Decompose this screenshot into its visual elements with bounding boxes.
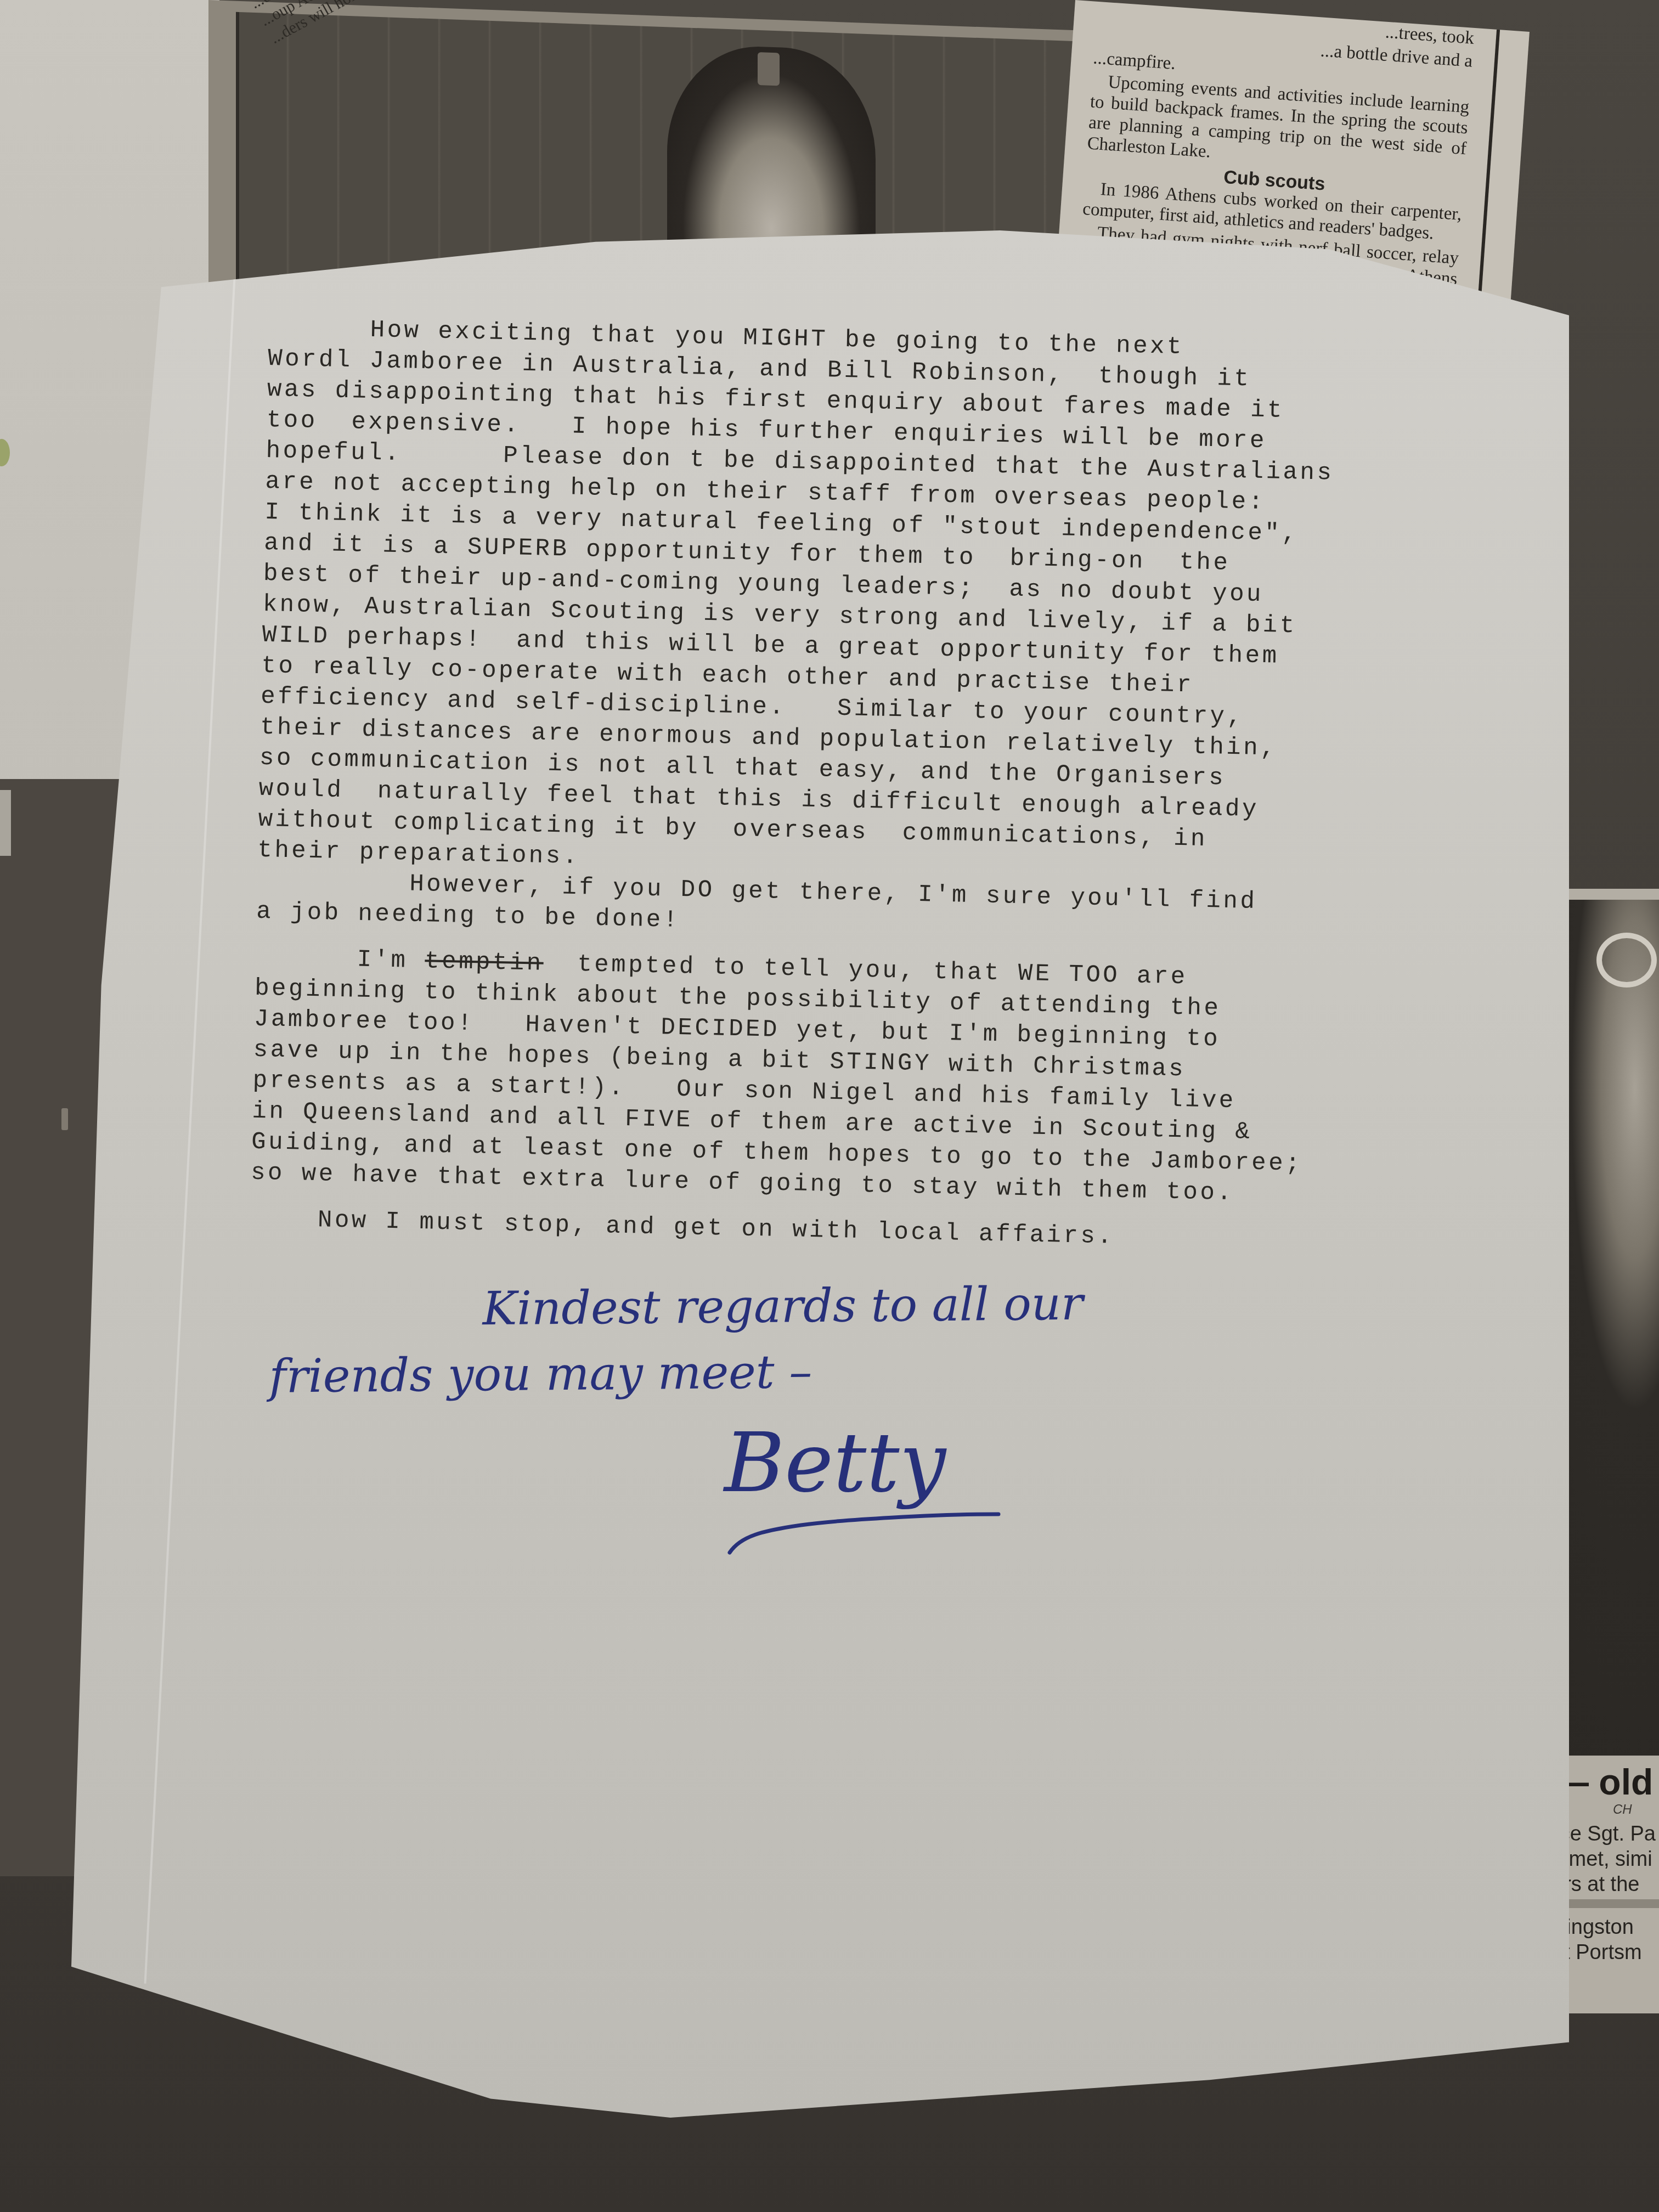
clipping-separator <box>1558 1899 1659 1908</box>
letter-body: How exciting that you MIGHT be going to … <box>250 313 1432 1259</box>
green-sticker <box>0 439 10 466</box>
folder-edge-strip <box>0 790 11 856</box>
handwritten-closing: Kindest regards to all our friends you m… <box>268 1268 1367 1409</box>
closing-line: friends you may meet – <box>269 1334 1367 1409</box>
letter-paragraph: How exciting that you MIGHT be going to … <box>257 313 1432 890</box>
letter-paragraph: I'm temptin tempted to tell you, that WE… <box>251 943 1419 1212</box>
photo-credit: CH <box>1613 1802 1632 1818</box>
binder-clip-icon <box>61 1108 68 1130</box>
helmet-badge-icon <box>1596 933 1657 988</box>
scout-badge-icon <box>758 52 780 86</box>
photo-scene: ...d community sa... ...oup Adams sai...… <box>0 0 1659 2212</box>
closing-line: Kindest regards to all our <box>268 1268 1366 1343</box>
struck-out-word: temptin <box>425 947 544 978</box>
paper-fold-crease <box>144 230 238 1984</box>
typed-letter: How exciting that you MIGHT be going to … <box>71 230 1569 2118</box>
signature-underline-icon <box>719 1492 1004 1558</box>
